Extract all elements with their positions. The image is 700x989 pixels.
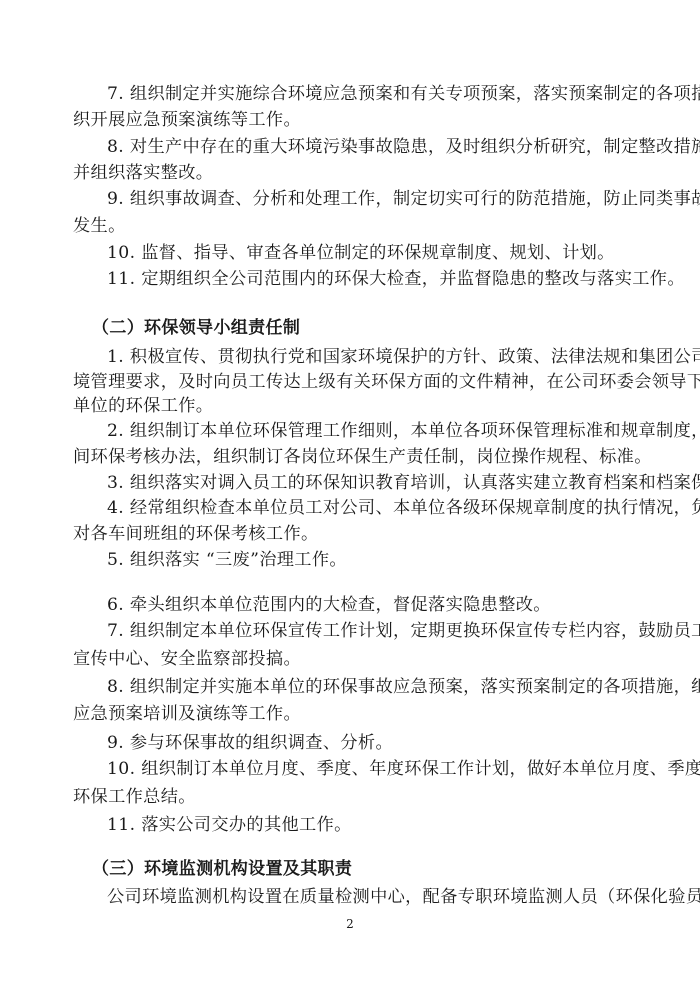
paragraph-line: 对各车间班组的环保考核工作。 — [73, 522, 633, 546]
paragraph-line: 5. 组织落实 “三废”治理工作。 — [107, 548, 667, 572]
paragraph-line: 环保工作总结。 — [73, 785, 633, 809]
paragraph-line: 9. 参与环保事故的组织调查、分析。 — [107, 731, 667, 755]
paragraph-line: 6. 牵头组织本单位范围内的大检查，督促落实隐患整改。 — [107, 593, 667, 617]
paragraph-line: 并组织落实整改。 — [73, 161, 633, 185]
paragraph-line: 应急预案培训及演练等工作。 — [73, 702, 633, 726]
paragraph-line: 8. 对生产中存在的重大环境污染事故隐患，及时组织分析研究，制定整改措施和方案， — [107, 135, 667, 159]
section-2-heading: （二）环保领导小组责任制 — [92, 316, 652, 340]
paragraph-line: 发生。 — [73, 214, 633, 238]
document-page: 7. 组织制定并实施综合环境应急预案和有关专项预案，落实预案制定的各项措施，组织… — [0, 0, 700, 989]
paragraph-line: 4. 经常组织检查本单位员工对公司、本单位各级环保规章制度的执行情况，负责落实 — [107, 496, 667, 520]
paragraph-line: 10. 组织制订本单位月度、季度、年度环保工作计划，做好本单位月度、季度、年度 — [107, 757, 667, 781]
paragraph-line: 2. 组织制订本单位环保管理工作细则，本单位各项环保管理标准和规章制度，对各车 — [107, 419, 667, 443]
paragraph-line: 11. 落实公司交办的其他工作。 — [107, 813, 667, 837]
paragraph-line: 单位的环保工作。 — [73, 394, 633, 418]
paragraph-line: 7. 组织制定本单位环保宣传工作计划，定期更换环保宣传专栏内容，鼓励员工积极向 — [107, 619, 667, 643]
paragraph-line: 3. 组织落实对调入员工的环保知识教育培训，认真落实建立教育档案和档案保管工作。 — [107, 471, 667, 495]
paragraph-line: 公司环境监测机构设置在质量检测中心，配备专职环境监测人员（环保化验员）4 名， — [107, 885, 667, 909]
paragraph-line: 宣传中心、安全监察部投搞。 — [73, 647, 633, 671]
paragraph-line: 8. 组织制定并实施本单位的环保事故应急预案，落实预案制定的各项措施，组织开展 — [107, 675, 667, 699]
paragraph-line: 9. 组织事故调查、分析和处理工作，制定切实可行的防范措施，防止同类事故的再次 — [107, 187, 667, 211]
paragraph-line: 境管理要求，及时向员工传达上级有关环保方面的文件精神，在公司环委会领导下负责本 — [73, 370, 633, 394]
paragraph-line: 间环保考核办法，组织制订各岗位环保生产责任制，岗位操作规程、标准。 — [73, 445, 633, 469]
section-3-heading: （三）环境监测机构设置及其职责 — [92, 857, 652, 881]
paragraph-line: 1. 积极宣传、贯彻执行党和国家环境保护的方针、政策、法律法规和集团公司有关环 — [107, 345, 667, 369]
paragraph-line: 10. 监督、指导、审查各单位制定的环保规章制度、规划、计划。 — [107, 241, 667, 265]
page-number: 2 — [0, 914, 700, 934]
paragraph-line: 11. 定期组织全公司范围内的环保大检查，并监督隐患的整改与落实工作。 — [107, 267, 667, 291]
paragraph-line: 7. 组织制定并实施综合环境应急预案和有关专项预案，落实预案制定的各项措施，组 — [107, 82, 667, 106]
paragraph-line: 织开展应急预案演练等工作。 — [73, 108, 633, 132]
